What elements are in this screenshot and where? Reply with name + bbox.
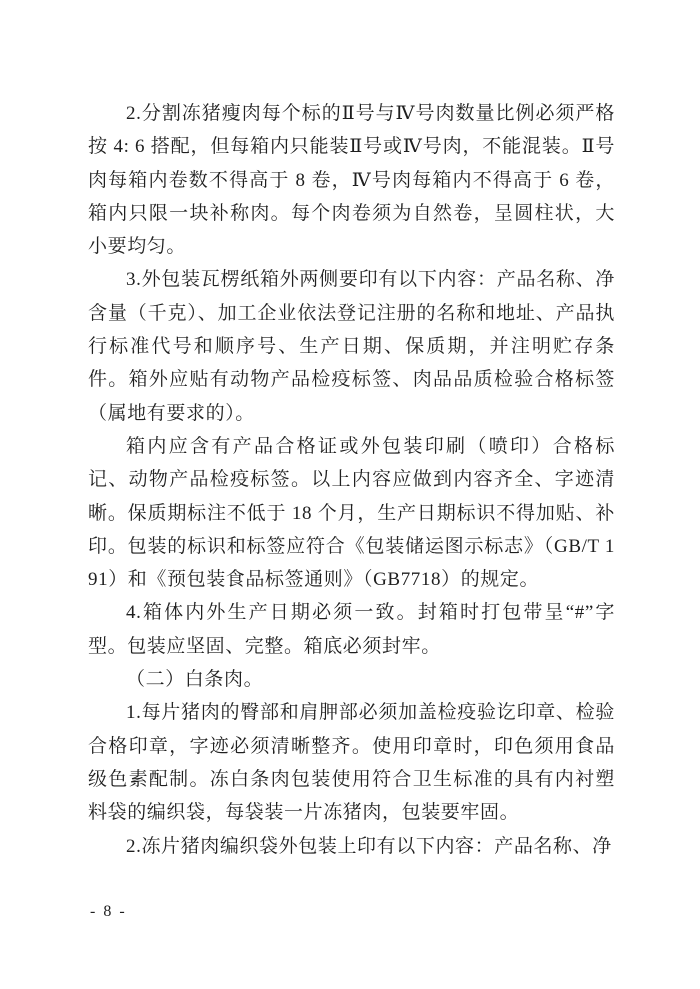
paragraph: 2.冻片猪肉编织袋外包装上印有以下内容：产品名称、净 [88, 830, 615, 863]
paragraph: （二）白条肉。 [88, 663, 615, 696]
page-number: - 8 - [90, 903, 127, 920]
paragraph: 箱内应含有产品合格证或外包装印刷（喷印）合格标记、动物产品检疫标签。以上内容应做… [88, 430, 615, 596]
page-footer: - 8 - [90, 903, 127, 921]
paragraph: 1.每片猪肉的臀部和肩胛部必须加盖检疫验讫印章、检验合格印章，字迹必须清晰整齐。… [88, 696, 615, 829]
paragraph: 2.分割冻猪瘦肉每个标的Ⅱ号与Ⅳ号肉数量比例必须严格按 4: 6 搭配，但每箱内… [88, 97, 615, 263]
document-page: 2.分割冻猪瘦肉每个标的Ⅱ号与Ⅳ号肉数量比例必须严格按 4: 6 搭配，但每箱内… [0, 0, 700, 989]
paragraph: 4.箱体内外生产日期必须一致。封箱时打包带呈“#”字型。包装应坚固、完整。箱底必… [88, 596, 615, 663]
paragraph: 3.外包装瓦楞纸箱外两侧要印有以下内容：产品名称、净含量（千克）、加工企业依法登… [88, 263, 615, 429]
document-body: 2.分割冻猪瘦肉每个标的Ⅱ号与Ⅳ号肉数量比例必须严格按 4: 6 搭配，但每箱内… [88, 97, 615, 863]
